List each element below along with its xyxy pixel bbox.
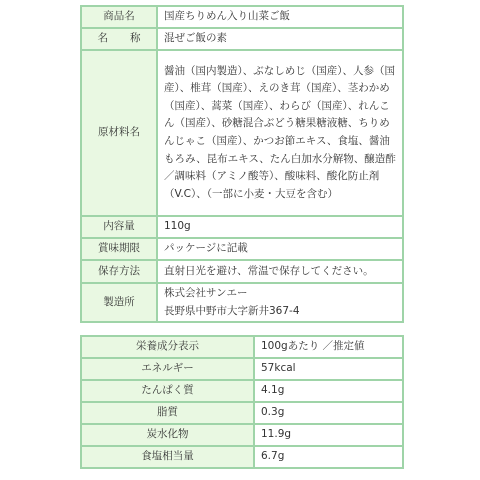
label-salt-equivalent: 食塩相当量: [81, 446, 254, 468]
value-salt-equivalent: 6.7g: [254, 446, 403, 468]
row-nutrition-header: 栄養成分表示 100gあたり ／推定値: [81, 336, 403, 358]
value-best-before: パッケージに記載: [157, 238, 403, 260]
row-best-before: 賞味期限 パッケージに記載: [81, 238, 403, 260]
label-product-kind: 名称: [81, 28, 157, 50]
value-nutrition-header: 100gあたり ／推定値: [254, 336, 403, 358]
label-manufacturer: 製造所: [81, 283, 157, 322]
row-product-kind: 名称 混ぜご飯の素: [81, 28, 403, 50]
row-carbohydrate: 炭水化物 11.9g: [81, 424, 403, 446]
value-carbohydrate: 11.9g: [254, 424, 403, 446]
label-best-before: 賞味期限: [81, 238, 157, 260]
row-product-name: 商品名 国産ちりめん入り山菜ご飯: [81, 6, 403, 28]
manufacturer-company: 株式会社サンエー: [164, 285, 396, 303]
row-storage: 保存方法 直射日光を避け、常温で保存してください。: [81, 260, 403, 283]
value-storage: 直射日光を避け、常温で保存してください。: [157, 260, 403, 283]
label-ingredients: 原材料名: [81, 50, 157, 216]
label-carbohydrate: 炭水化物: [81, 424, 254, 446]
nutrition-facts-table: 栄養成分表示 100gあたり ／推定値 エネルギー 57kcal たんぱく質 4…: [80, 335, 404, 469]
value-ingredients: 醤油（国内製造）、ぶなしめじ（国産）、人参（国産）、椎茸（国産）、えのき茸（国産…: [157, 50, 403, 216]
product-info-table: 商品名 国産ちりめん入り山菜ご飯 名称 混ぜご飯の素 原材料名 醤油（国内製造）…: [80, 5, 404, 323]
label-product-kind-part2: 称: [130, 32, 141, 44]
label-net-content: 内容量: [81, 216, 157, 238]
label-fat: 脂質: [81, 402, 254, 424]
value-net-content: 110g: [157, 216, 403, 238]
value-protein: 4.1g: [254, 380, 403, 402]
row-fat: 脂質 0.3g: [81, 402, 403, 424]
row-energy: エネルギー 57kcal: [81, 358, 403, 380]
label-nutrition-header: 栄養成分表示: [81, 336, 254, 358]
value-manufacturer: 株式会社サンエー 長野県中野市大字新井367-4: [157, 283, 403, 322]
row-ingredients: 原材料名 醤油（国内製造）、ぶなしめじ（国産）、人参（国産）、椎茸（国産）、えの…: [81, 50, 403, 216]
value-product-name: 国産ちりめん入り山菜ご飯: [157, 6, 403, 28]
row-salt-equivalent: 食塩相当量 6.7g: [81, 446, 403, 468]
label-product-name: 商品名: [81, 6, 157, 28]
value-fat: 0.3g: [254, 402, 403, 424]
value-product-kind: 混ぜご飯の素: [157, 28, 403, 50]
row-net-content: 内容量 110g: [81, 216, 403, 238]
label-product-kind-part1: 名: [98, 32, 109, 44]
row-protein: たんぱく質 4.1g: [81, 380, 403, 402]
manufacturer-address: 長野県中野市大字新井367-4: [164, 303, 396, 321]
label-storage: 保存方法: [81, 260, 157, 283]
row-manufacturer: 製造所 株式会社サンエー 長野県中野市大字新井367-4: [81, 283, 403, 322]
value-energy: 57kcal: [254, 358, 403, 380]
label-energy: エネルギー: [81, 358, 254, 380]
label-protein: たんぱく質: [81, 380, 254, 402]
